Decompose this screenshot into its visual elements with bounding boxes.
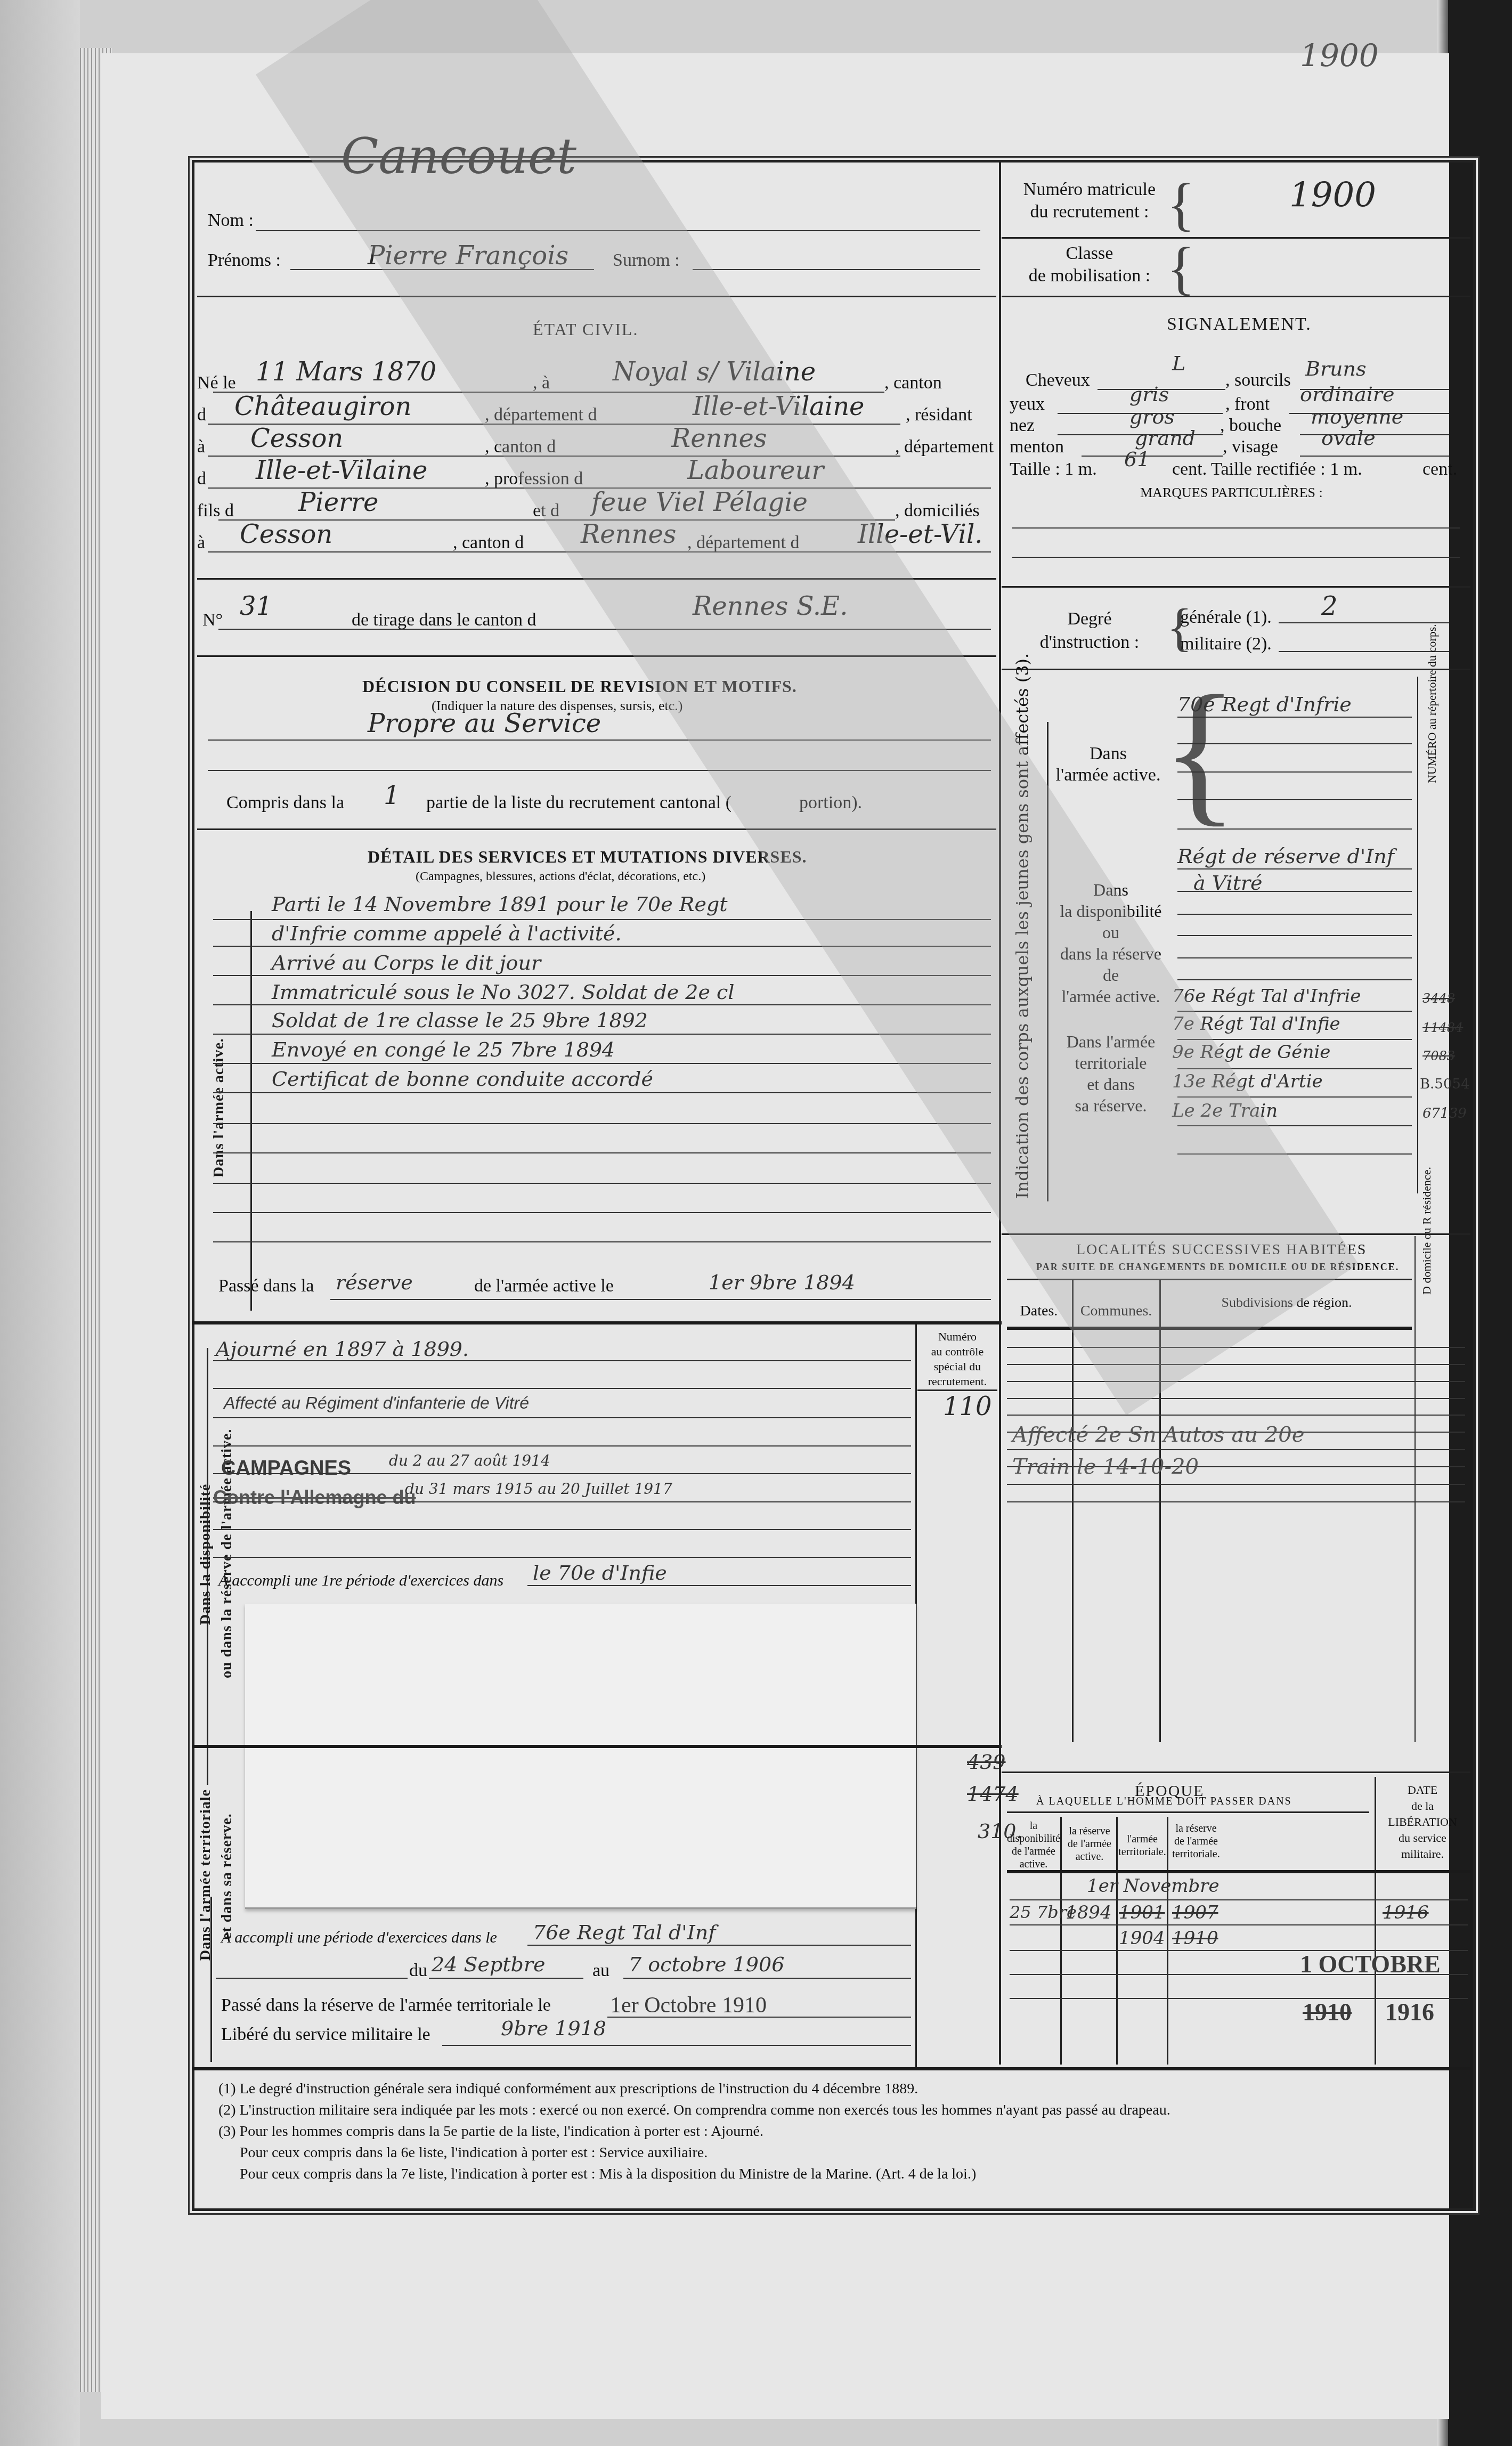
active-label: Dans l'armée active.: [1055, 743, 1161, 786]
taille-value: 61: [1124, 448, 1150, 471]
corps-active-line: [1177, 828, 1412, 830]
epoque-col-reserve-active: la réserve de l'armée active.: [1063, 1825, 1116, 1863]
localites-row-rule: [1007, 1364, 1465, 1365]
disponibilite-rule: [213, 1557, 911, 1558]
menton-value: grand: [1135, 426, 1196, 450]
father-value: Pierre: [298, 487, 378, 517]
corps-disponibilite-line: [1177, 868, 1412, 869]
date-liberation-header-line: DATE: [1377, 1782, 1468, 1798]
disponibilite-line-1: Ajourné en 1897 à 1899.: [216, 1337, 469, 1361]
epoque-col-territoriale: l'armée territoriale.: [1118, 1833, 1167, 1858]
canton-label: , canton: [884, 373, 942, 393]
ne-le-label: Né le: [197, 373, 236, 393]
nez-value: gros: [1129, 405, 1175, 428]
compris-partie-value: 1: [384, 781, 400, 810]
bouche-value: moyenne: [1311, 405, 1403, 428]
affecte-stamp: Affecté au Régiment d'infanterie de Vitr…: [224, 1393, 529, 1413]
reserve-territoriale-line: [607, 2017, 911, 2018]
periode-2-value: 76e Regt Tal d'Inf: [533, 1921, 716, 1944]
controle-header-line: Numéro: [917, 1329, 997, 1344]
taille-cent-label: cent.: [1422, 459, 1457, 480]
service-rule: [213, 1063, 991, 1064]
localites-note-1: Affecté 2e Sn Autos au 20e: [1012, 1423, 1304, 1447]
localites-side-column: D domicile ou R résidence.: [1420, 1167, 1434, 1295]
localites-row-rule: [1007, 1484, 1465, 1485]
divider: [1002, 296, 1470, 297]
tirage-label-text: de tirage dans le canton d: [352, 610, 536, 630]
tirage-label: de tirage dans le canton d: [245, 610, 429, 630]
service-line-1: Parti le 14 Novembre 1891 pour le 70e Re…: [272, 892, 728, 916]
divider: [1002, 1771, 1470, 1773]
controle-header-line: recrutement.: [917, 1374, 997, 1389]
epoque-reserve-territoriale-value-2: 1910: [1172, 1928, 1218, 1949]
disponibilite-rule: [213, 1501, 911, 1502]
corps-disponibilite-line: [1177, 957, 1412, 958]
residence-departement-label: , département: [895, 437, 994, 457]
scan-background-left: [0, 0, 80, 2446]
divider: [192, 1321, 1002, 1324]
footnote-4: Pour ceux compris dans la 6e liste, l'in…: [240, 2144, 708, 2161]
libere-value: 9bre 1918: [501, 2017, 606, 2040]
localites-row-rule: [1007, 1398, 1465, 1399]
pasted-paper-strip: [245, 1604, 916, 1909]
date-liberation-header-line: LIBÉRATION: [1377, 1814, 1468, 1830]
instruction-label-line: Degré: [1023, 607, 1156, 631]
divider: [192, 1745, 1002, 1748]
controle-header-rule: [917, 1389, 997, 1391]
domicile-value: Cesson: [240, 519, 332, 549]
campagnes-dates-2: du 31 mars 1915 au 20 Juillet 1917: [405, 1480, 672, 1498]
epoque-col-divider: [1060, 1817, 1062, 2065]
corps-active-line: [1177, 743, 1412, 744]
sourcils-value: Bruns: [1305, 357, 1367, 380]
cheveux-label: Cheveux: [1026, 370, 1090, 391]
domicile-a-label: à: [197, 533, 205, 553]
campagnes-stamp: CAMPAGNES: [221, 1457, 351, 1480]
front-value: ordinaire: [1300, 383, 1394, 406]
disponibilite-bracket: [207, 1348, 208, 1785]
tirage-no-label: N°: [202, 610, 223, 630]
residence-value: Cesson: [250, 424, 343, 453]
service-line-7: Certificat de bonne conduite accordé: [272, 1067, 653, 1091]
corps-territoriale-number-4: B.5054: [1420, 1076, 1470, 1092]
visage-line: [1300, 456, 1449, 457]
epoque-col-divider: [1167, 1817, 1168, 2065]
corps-disponibilite-entry-1: Régt de réserve d'Inf: [1177, 844, 1394, 868]
corps-disponibilite-line: [1177, 891, 1412, 892]
classe-label: Classe de mobilisation :: [1010, 242, 1169, 287]
footnotes-divider: [192, 2067, 1470, 2070]
service-rule: [213, 1183, 991, 1184]
disponibilite-rule: [213, 1388, 911, 1389]
periode-1-value: le 70e d'Infie: [533, 1561, 667, 1584]
canton-d-label: d: [197, 405, 206, 425]
date-liberation-header-line: militaire.: [1377, 1846, 1468, 1862]
taille-label: Taille : 1 m.: [1010, 459, 1097, 480]
instruction-label-line: d'instruction :: [1023, 631, 1156, 654]
classe-label-line: Classe: [1010, 242, 1169, 265]
nom-label: Nom :: [208, 210, 254, 231]
service-rule: [213, 1212, 991, 1213]
generale-line: [1279, 622, 1449, 623]
footnote-2: (2) L'instruction militaire sera indiqué…: [218, 2102, 1170, 2119]
controle-territoriale-value-2: 1474: [967, 1782, 1019, 1806]
front-label: , front: [1225, 394, 1270, 415]
instruction-label: Degré d'instruction :: [1023, 607, 1156, 654]
corner-number: 1900: [1300, 37, 1379, 74]
divider: [1002, 586, 1470, 588]
passe-label: Passé dans la: [218, 1276, 314, 1296]
service-rule: [213, 1034, 991, 1035]
disponibilite-rule: [213, 1417, 911, 1418]
numero-repertoire-label: NUMÉRO au répertoire du corps.: [1425, 624, 1439, 783]
periode-1-line: [527, 1585, 911, 1586]
epoque-col-disponibilite: la disponibilité de l'armée active.: [1007, 1819, 1060, 1871]
controle-header-line: spécial du: [917, 1359, 997, 1374]
epoque-reserve-active-value-1: 1er Novembre: [1087, 1875, 1220, 1897]
matricule-label-line: Numéro matricule: [1010, 178, 1169, 201]
localites-row-rule: [1007, 1347, 1465, 1348]
disponibilite-rule: [213, 1360, 911, 1361]
active-label-line: Dans: [1055, 743, 1161, 765]
fils-de-label: fils d: [197, 501, 234, 521]
date-liberation-header-line: de la: [1377, 1798, 1468, 1814]
reserve-territoriale-stamp: 1er Octobre 1910: [610, 1993, 767, 2018]
corps-territoriale-entry-1: 76e Régt Tal d'Infrie: [1172, 986, 1361, 1007]
controle-header-line: au contrôle: [917, 1344, 997, 1359]
bouche-label: , bouche: [1220, 416, 1281, 436]
services-bracket: [250, 911, 252, 1311]
territoriale-vertical-label-2: et dans sa réserve.: [218, 1813, 235, 1939]
passe-line: [330, 1299, 991, 1300]
compris-label-2: partie de la liste du recrutement canton…: [426, 793, 731, 813]
services-vertical-label: Dans l'armée active.: [210, 1038, 227, 1177]
services-subtitle: (Campagnes, blessures, actions d'éclat, …: [416, 869, 705, 884]
epoque-subtitle-rule: [1007, 1811, 1369, 1813]
service-line-3: Arrivé au Corps le dit jour: [272, 951, 541, 974]
epoque-header-rule: [1007, 1870, 1470, 1873]
militaire-label: militaire (2).: [1180, 634, 1272, 654]
du-line: [429, 1978, 583, 1979]
du-value: 24 Septbre: [432, 1953, 546, 1976]
du-label: du: [409, 1961, 427, 1981]
visage-value: ovale: [1321, 426, 1376, 450]
divider: [1002, 237, 1470, 239]
passe-date: 1er 9bre 1894: [709, 1271, 855, 1294]
campagnes-dates-1: du 2 au 27 août 1914: [389, 1452, 550, 1469]
territoriale-bracket: [210, 1897, 212, 2062]
periode-2-line: [527, 1945, 911, 1946]
epoque-row-rule: [1010, 1974, 1468, 1975]
disponibilite-vertical-label-1: Dans la disponibilité: [197, 1484, 214, 1625]
corps-disponibilite-line: [1177, 979, 1412, 980]
menton-label: menton: [1010, 437, 1064, 457]
epoque-territoriale-value-1: 1901: [1119, 1902, 1165, 1923]
disponibilite-rule: [213, 1473, 911, 1474]
reserve-territoriale-label: Passé dans la réserve de l'armée territo…: [221, 1995, 551, 2016]
corps-active-entry: 70e Regt d'Infrie: [1177, 693, 1352, 716]
prenoms-label: Prénoms :: [208, 250, 281, 271]
corps-territoriale-number-3: 7083: [1422, 1049, 1455, 1063]
service-rule: [213, 1092, 991, 1093]
residence-a-label: à: [197, 437, 205, 457]
passe-value: réserve: [336, 1271, 413, 1294]
matricule-brace: {: [1167, 170, 1195, 238]
stamp-1910: 1910: [1303, 1998, 1352, 2026]
domicilies-label: , domiciliés: [895, 501, 980, 521]
ne-le-value: 11 Mars 1870: [256, 357, 436, 387]
disponibilite-rule: [213, 1445, 911, 1447]
date-liberation-header: DATE de la LIBÉRATION du service militai…: [1377, 1782, 1468, 1862]
date-liberation-header-line: du service: [1377, 1830, 1468, 1846]
residant-label: , résidant: [906, 405, 972, 425]
service-line-5: Soldat de 1re classe le 25 9bre 1892: [272, 1009, 648, 1032]
localites-row-rule: [1007, 1415, 1465, 1416]
matricule-label: Numéro matricule du recrutement :: [1010, 178, 1169, 223]
nez-label: nez: [1010, 416, 1035, 436]
visage-label: , visage: [1223, 437, 1278, 457]
corps-territoriale-number-5: 67139: [1422, 1106, 1467, 1122]
localites-row-rule: [1007, 1381, 1465, 1382]
service-line-6: Envoyé en congé le 25 7bre 1894: [272, 1038, 615, 1061]
matricule-value: 1900: [1289, 176, 1376, 215]
epoque-territoriale-value-2: 1904: [1119, 1928, 1165, 1949]
localites-row-rule: [1007, 1501, 1465, 1502]
service-line-4: Immatriculé sous le No 3027. Soldat de 2…: [272, 980, 735, 1004]
footnote-5: Pour ceux compris dans la 7e liste, l'in…: [240, 2166, 976, 2183]
marques-label: MARQUES PARTICULIÈRES :: [1140, 485, 1323, 501]
disponibilite-rule: [213, 1529, 911, 1530]
corps-active-line: [1177, 717, 1412, 718]
service-line-2: d'Infrie comme appelé à l'activité.: [272, 922, 622, 945]
generale-label: générale (1).: [1180, 607, 1272, 628]
epoque-subtitle: À LAQUELLE L'HOMME DOIT PASSER DANS: [1036, 1795, 1292, 1808]
au-label: au: [592, 1961, 609, 1981]
birth-canton-value: Châteaugiron: [234, 392, 411, 421]
periode-2-label: A accompli une période d'exercices dans …: [221, 1929, 497, 1947]
menton-line: [1082, 456, 1223, 457]
domicile-canton-label: , canton d: [453, 533, 524, 553]
periode-1-label: A accompli une 1re période d'exercices d…: [218, 1572, 503, 1590]
au-line: [623, 1978, 911, 1979]
epoque-col-reserve-territoriale: la réserve de l'armée territoriale.: [1169, 1822, 1223, 1860]
localites-side-divider: [1415, 1236, 1416, 1742]
libere-label: Libéré du service militaire le: [221, 2025, 430, 2045]
service-rule: [213, 1241, 991, 1242]
du-prefix-line: [216, 1978, 408, 1979]
militaire-line: [1279, 651, 1449, 652]
epoque-date-divider: [1375, 1777, 1376, 2065]
epoque-row-rule: [1010, 1924, 1468, 1925]
marques-line: [1012, 557, 1460, 558]
epoque-liberation-value-1: 1916: [1383, 1902, 1429, 1923]
services-title: DÉTAIL DES SERVICES ET MUTATIONS DIVERSE…: [368, 847, 807, 867]
compris-label: Compris dans la: [226, 793, 344, 813]
corps-active-line: [1177, 771, 1412, 773]
corps-territoriale-number-1: 3448: [1422, 991, 1455, 1006]
campagnes-stamp-allemagne: Contre l'Allemagne du: [213, 1486, 416, 1509]
epoque-row-rule: [1010, 1899, 1468, 1900]
corps-disponibilite-line: [1177, 935, 1412, 936]
active-label-line: l'armée active.: [1055, 765, 1161, 786]
passe-label-2: de l'armée active le: [474, 1276, 614, 1296]
taille-rectifiee-label: cent. Taille rectifiée : 1 m.: [1172, 459, 1362, 480]
footnote-1: (1) Le degré d'instruction générale sera…: [218, 2081, 918, 2098]
surnom-line: [693, 269, 980, 270]
signalement-title: SIGNALEMENT.: [1167, 314, 1312, 335]
corps-active-line: [1177, 799, 1412, 800]
localites-note-2: Train le 14-10-20: [1012, 1454, 1199, 1479]
localites-row-rule: [1007, 1449, 1465, 1450]
numero-column-divider: [1417, 677, 1418, 1193]
classe-label-line: de mobilisation :: [1010, 265, 1169, 287]
decision-value: Propre au Service: [368, 709, 601, 738]
epoque-reserve-territoriale-value-1: 1907: [1172, 1902, 1218, 1923]
controle-header: Numéro au contrôle spécial du recrutemen…: [917, 1329, 997, 1389]
epoque-reserve-active-value-2: 1894: [1066, 1902, 1112, 1923]
controle-value: 110: [943, 1392, 992, 1421]
corps-territoriale-line: [1177, 1011, 1412, 1012]
generale-value: 2: [1321, 591, 1338, 621]
yeux-label: yeux: [1010, 394, 1045, 415]
corps-territoriale-number-2: 11484: [1422, 1020, 1463, 1035]
classe-brace: {: [1167, 234, 1195, 302]
sourcils-label: , sourcils: [1225, 370, 1291, 391]
marques-line: [1012, 527, 1460, 529]
libere-line: [442, 2045, 911, 2046]
residence-dept-value: Ille-et-Vilaine: [256, 456, 428, 485]
footnote-3: (3) Pour les hommes compris dans la 5e p…: [218, 2123, 763, 2140]
localites-column-divider: [1072, 1279, 1074, 1742]
yeux-value: gris: [1129, 383, 1169, 406]
service-rule: [213, 1123, 991, 1124]
residence-dept-d-label: d: [197, 469, 206, 489]
cheveux-value: L: [1172, 352, 1185, 375]
service-rule: [213, 1152, 991, 1153]
corps-disponibilite-line: [1177, 914, 1412, 915]
au-value: 7 octobre 1906: [629, 1953, 784, 1976]
matricule-label-line: du recrutement :: [1010, 201, 1169, 223]
stamp-1916: 1916: [1385, 1998, 1434, 2026]
